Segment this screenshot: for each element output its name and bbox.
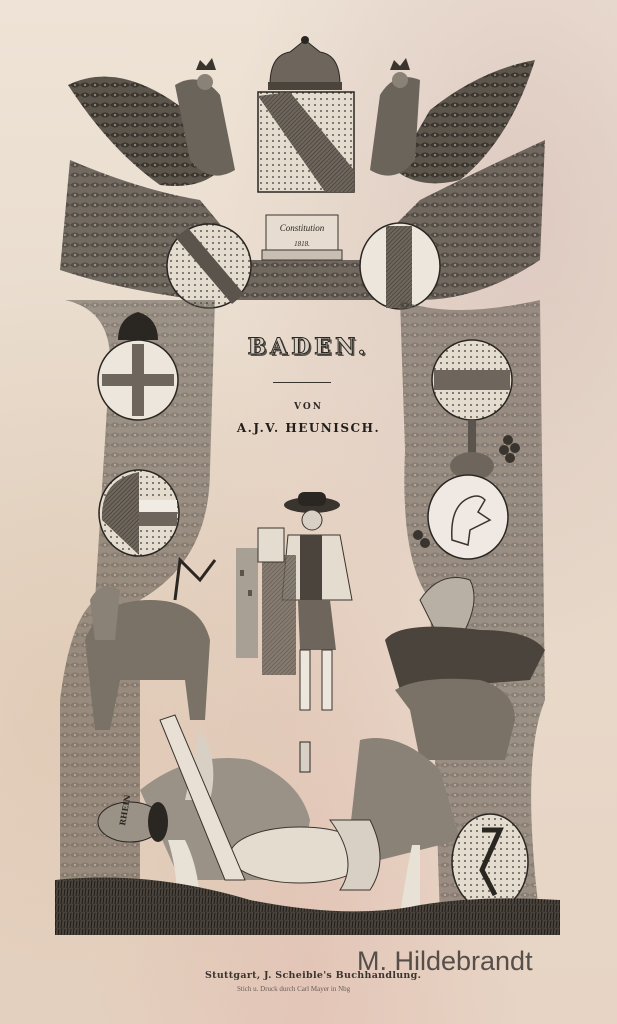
- byline-prefix: VON: [0, 402, 617, 412]
- fidelitas-roundel-icon: [167, 224, 251, 308]
- peasant-figure: [258, 492, 352, 710]
- paper-background: Constitution 1818.: [0, 0, 617, 1024]
- pale-roundel-icon: [360, 223, 440, 309]
- goblet-icon: [300, 742, 310, 772]
- crown-icon: [268, 36, 342, 90]
- title-divider: [273, 382, 331, 383]
- left-griffin-icon: [68, 58, 235, 186]
- constitution-scroll: Constitution 1818.: [262, 215, 342, 260]
- baden-shield-icon: [258, 92, 354, 192]
- oval-shield-icon: [452, 814, 528, 910]
- page-title: BADEN.: [0, 334, 617, 360]
- quartered-shield-icon: [99, 470, 179, 556]
- svg-text:Constitution: Constitution: [280, 223, 325, 233]
- lion-roundel-icon: [428, 475, 508, 559]
- goat-icon: [395, 679, 515, 760]
- svg-text:1818.: 1818.: [294, 240, 310, 248]
- engraved-frame-illustration: Constitution 1818.: [0, 0, 617, 1024]
- castle-tower-icon: [236, 548, 258, 658]
- author-name: A.J.V. HEUNISCH.: [0, 421, 617, 435]
- engraver-credit: Stich u. Druck durch Carl Mayer in Nbg: [237, 985, 350, 993]
- watermark: M. Hildebrandt: [357, 946, 533, 977]
